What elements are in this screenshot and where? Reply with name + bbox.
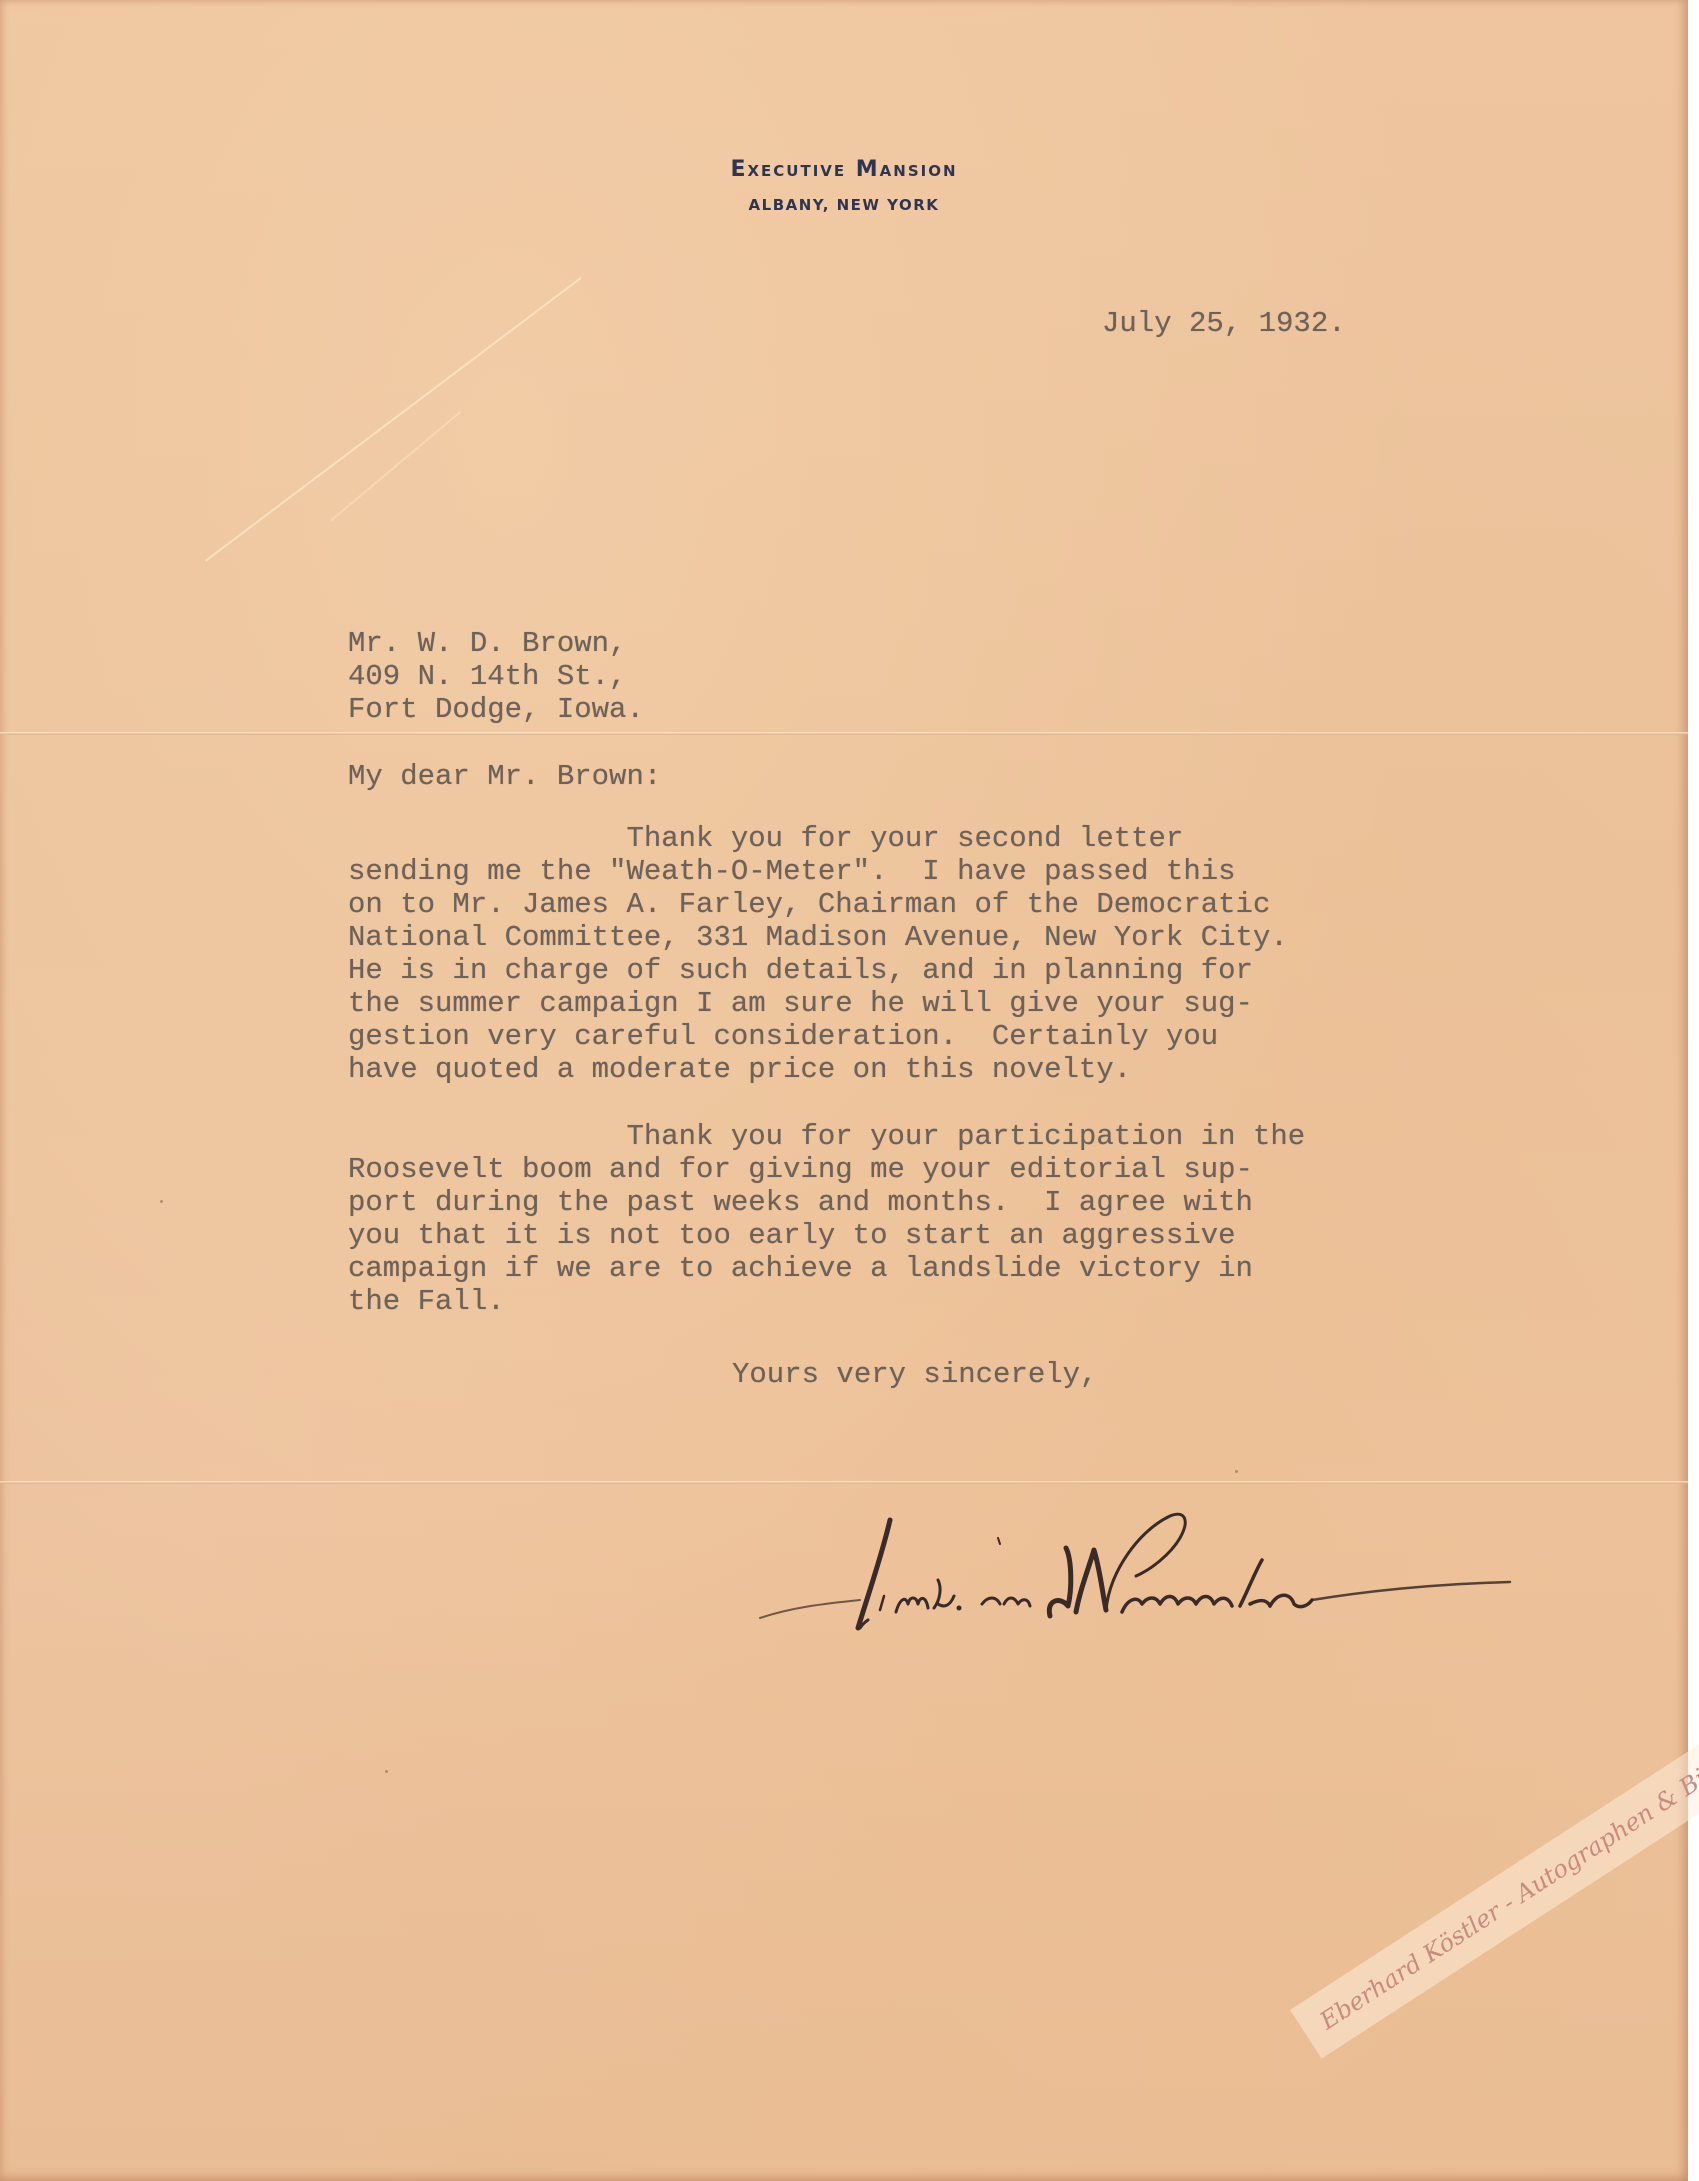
body-line: sending me the "Weath-O-Meter". I have p… [348,855,1288,888]
body-paragraph-1: Thank you for your second lettersending … [348,822,1288,1086]
body-line: you that it is not too early to start an… [348,1219,1305,1252]
letterhead-title: Executive Mansion [0,157,1688,182]
paper-speck [385,1770,388,1773]
horizontal-fold-line [0,732,1688,735]
body-line: have quoted a moderate price on this nov… [348,1053,1288,1086]
closing: Yours very sincerely, [732,1358,1097,1391]
body-line: the Fall. [348,1285,1305,1318]
body-line: on to Mr. James A. Farley, Chairman of t… [348,888,1288,921]
body-line: National Committee, 331 Madison Avenue, … [348,921,1288,954]
body-line: the summer campaign I am sure he will gi… [348,987,1288,1020]
body-line: Thank you for your participation in the [348,1120,1305,1153]
letterhead-location: ALBANY, NEW YORK [0,196,1688,214]
letter-date: July 25, 1932. [1102,307,1346,340]
recipient-street: 409 N. 14th St., [348,660,644,693]
body-line: Thank you for your second letter [348,822,1288,855]
handwritten-signature [750,1500,1550,1640]
body-line: He is in charge of such details, and in … [348,954,1288,987]
recipient-address: Mr. W. D. Brown,409 N. 14th St.,Fort Dod… [348,627,644,726]
body-paragraph-2: Thank you for your participation in theR… [348,1120,1305,1318]
body-line: gestion very careful consideration. Cert… [348,1020,1288,1053]
salutation: My dear Mr. Brown: [348,760,661,793]
body-line: port during the past weeks and months. I… [348,1186,1305,1219]
body-line: campaign if we are to achieve a landslid… [348,1252,1305,1285]
recipient-name: Mr. W. D. Brown, [348,627,644,660]
recipient-city: Fort Dodge, Iowa. [348,693,644,726]
paper-speck [1235,1470,1238,1473]
body-line: Roosevelt boom and for giving me your ed… [348,1153,1305,1186]
horizontal-fold-line [0,1481,1688,1484]
letter-paper [0,0,1688,2181]
paper-speck [160,1200,163,1203]
